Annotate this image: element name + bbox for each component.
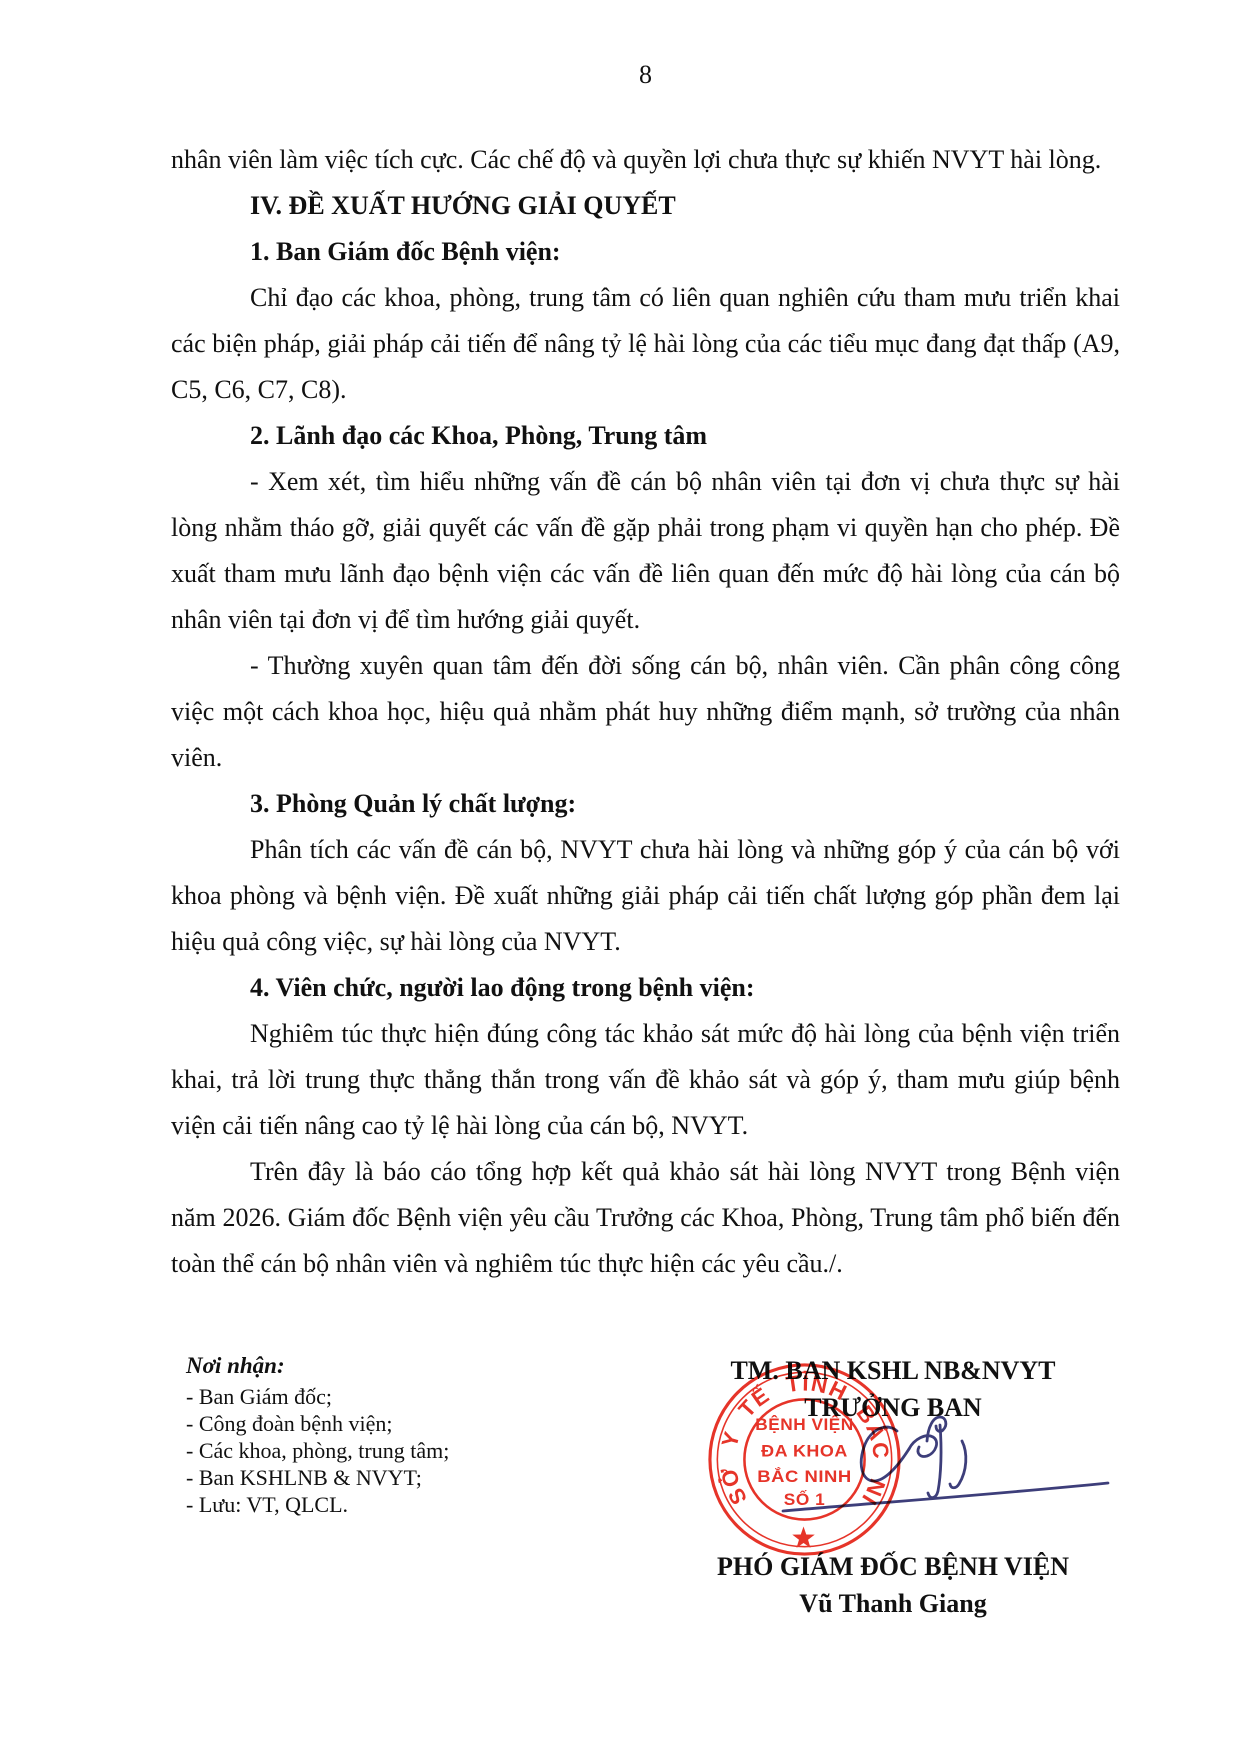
document-body: nhân viên làm việc tích cực. Các chế độ …: [171, 137, 1120, 1287]
signer-name: Vũ Thanh Giang: [658, 1585, 1128, 1622]
hospital-round-stamp: SỞ Y TẾ TỈNH BẮC NINH BỆNH VIỆN ĐA KHOA …: [706, 1361, 903, 1558]
recipient-item: - Công đoàn bệnh viện;: [186, 1410, 606, 1437]
stamp-center-line: BỆNH VIỆN: [755, 1415, 854, 1434]
section-heading: 2. Lãnh đạo các Khoa, Phòng, Trung tâm: [171, 413, 1120, 459]
signature-stroke: [950, 1441, 966, 1488]
paragraph: nhân viên làm việc tích cực. Các chế độ …: [171, 137, 1120, 183]
section-heading: 4. Viên chức, người lao động trong bệnh …: [171, 965, 1120, 1011]
paragraph: Chỉ đạo các khoa, phòng, trung tâm có li…: [171, 275, 1120, 413]
stamp-center-line: SỐ 1: [784, 1489, 825, 1509]
stamp-star-icon: [792, 1526, 814, 1547]
stamp-center-line: BẮC NINH: [757, 1467, 852, 1486]
paragraph: Nghiêm túc thực hiện đúng công tác khảo …: [171, 1011, 1120, 1149]
section-heading: 3. Phòng Quản lý chất lượng:: [171, 781, 1120, 827]
paragraph: - Thường xuyên quan tâm đến đời sống cán…: [171, 643, 1120, 781]
section-heading: IV. ĐỀ XUẤT HƯỚNG GIẢI QUYẾT: [171, 183, 1120, 229]
signature-stroke: [909, 1436, 937, 1457]
recipient-item: - Các khoa, phòng, trung tâm;: [186, 1437, 606, 1464]
recipient-item: - Lưu: VT, QLCL.: [186, 1491, 606, 1518]
document-page: 8 nhân viên làm việc tích cực. Các chế đ…: [0, 0, 1241, 1755]
signature-stroke: [927, 1417, 946, 1441]
stamp-center-line: ĐA KHOA: [761, 1442, 848, 1461]
page-number: 8: [171, 60, 1120, 90]
recipients-label: Nơi nhận:: [186, 1352, 606, 1379]
stamp-ring-text: SỞ Y TẾ TỈNH BẮC NINH: [706, 1361, 894, 1510]
paragraph: Phân tích các vấn đề cán bộ, NVYT chưa h…: [171, 827, 1120, 965]
recipient-item: - Ban Giám đốc;: [186, 1383, 606, 1410]
recipients-list: Nơi nhận: - Ban Giám đốc; - Công đoàn bệ…: [186, 1352, 606, 1518]
section-heading: 1. Ban Giám đốc Bệnh viện:: [171, 229, 1120, 275]
paragraph: Trên đây là báo cáo tổng hợp kết quả khả…: [171, 1149, 1120, 1287]
paragraph: - Xem xét, tìm hiểu những vấn đề cán bộ …: [171, 459, 1120, 643]
recipient-item: - Ban KSHLNB & NVYT;: [186, 1464, 606, 1491]
